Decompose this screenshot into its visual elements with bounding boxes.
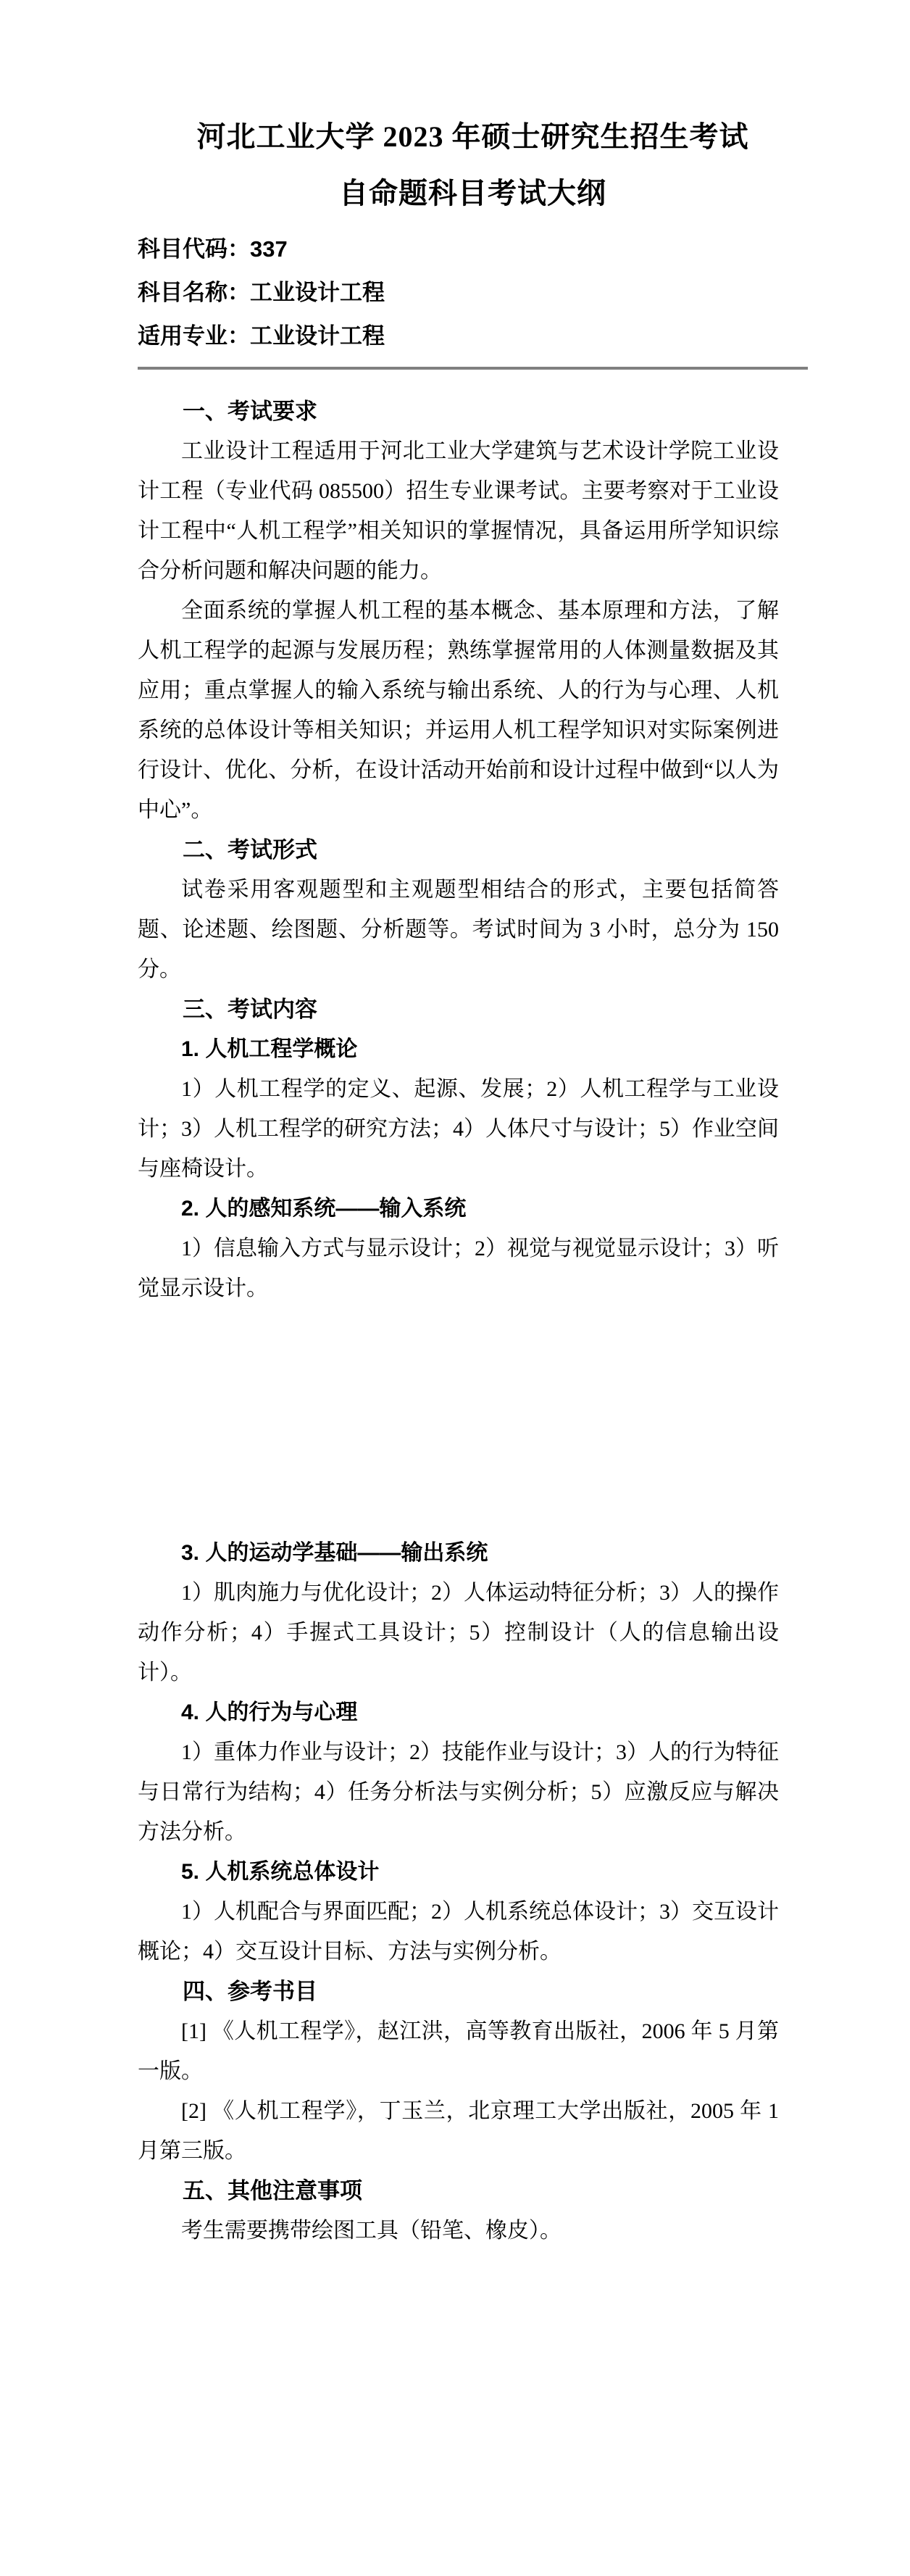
paragraph: 1）重体力作业与设计；2）技能作业与设计；3）人的行为特征与日常行为结构；4）任…	[138, 1732, 779, 1852]
doc-body: 一、考试要求工业设计工程适用于河北工业大学建筑与艺术设计学院工业设计工程（专业代…	[138, 391, 779, 2251]
subsection-heading: 4. 人的行为与心理	[138, 1692, 779, 1732]
subsection-heading: 3. 人的运动学基础——输出系统	[138, 1533, 779, 1573]
subsection-heading: 1. 人机工程学概论	[138, 1029, 779, 1069]
subject-code-value: 337	[250, 236, 288, 262]
section-heading: 二、考试形式	[138, 830, 779, 870]
paragraph: 1）人机工程学的定义、起源、发展；2）人机工程学与工业设计；3）人机工程学的研究…	[138, 1069, 779, 1189]
paragraph: 试卷采用客观题型和主观题型相结合的形式，主要包括简答题、论述题、绘图题、分析题等…	[138, 870, 779, 989]
divider-line	[138, 367, 808, 370]
meta-row-applicable-major: 适用专业：工业设计工程	[138, 315, 808, 358]
paragraph: 全面系统的掌握人机工程的基本概念、基本原理和方法，了解人机工程学的起源与发展历程…	[138, 591, 779, 830]
paragraph: 1）人机配合与界面匹配；2）人机系统总体设计；3）交互设计概论；4）交互设计目标…	[138, 1892, 779, 1972]
paragraph: 考生需要携带绘图工具（铅笔、橡皮）。	[138, 2211, 779, 2251]
page-break-gap	[138, 1308, 779, 1533]
paragraph: [2] 《人机工程学》，丁玉兰，北京理工大学出版社，2005 年 1 月第三版。	[138, 2091, 779, 2171]
meta-block: 科目代码：337 科目名称：工业设计工程 适用专业：工业设计工程	[138, 228, 808, 358]
document-title-line2: 自命题科目考试大纲	[138, 165, 808, 222]
document-page: 河北工业大学 2023 年硕士研究生招生考试 自命题科目考试大纲 科目代码：33…	[138, 0, 808, 2251]
subject-name-value: 工业设计工程	[250, 280, 385, 305]
document-title-block: 河北工业大学 2023 年硕士研究生招生考试 自命题科目考试大纲	[138, 109, 808, 222]
paragraph: [1] 《人机工程学》，赵江洪，高等教育出版社，2006 年 5 月第一版。	[138, 2011, 779, 2091]
subject-name-label: 科目名称：	[138, 280, 250, 305]
subsection-heading: 2. 人的感知系统——输入系统	[138, 1189, 779, 1229]
meta-row-subject-code: 科目代码：337	[138, 228, 808, 271]
section-heading: 五、其他注意事项	[138, 2171, 779, 2211]
section-heading: 四、参考书目	[138, 1972, 779, 2011]
meta-row-subject-name: 科目名称：工业设计工程	[138, 271, 808, 315]
section-heading: 三、考试内容	[138, 989, 779, 1029]
paragraph: 工业设计工程适用于河北工业大学建筑与艺术设计学院工业设计工程（专业代码 0855…	[138, 431, 779, 591]
applicable-major-label: 适用专业：	[138, 323, 250, 349]
subsection-heading: 5. 人机系统总体设计	[138, 1852, 779, 1892]
paragraph: 1）信息输入方式与显示设计；2）视觉与视觉显示设计；3）听觉显示设计。	[138, 1229, 779, 1308]
document-background: { "doc": { "title_line1": "河北工业大学 2023 年…	[0, 0, 910, 2576]
document-title-line1: 河北工业大学 2023 年硕士研究生招生考试	[138, 109, 808, 165]
applicable-major-value: 工业设计工程	[250, 323, 385, 349]
paragraph: 1）肌肉施力与优化设计；2）人体运动特征分析；3）人的操作动作分析；4）手握式工…	[138, 1573, 779, 1692]
subject-code-label: 科目代码：	[138, 236, 250, 262]
section-heading: 一、考试要求	[138, 391, 779, 431]
